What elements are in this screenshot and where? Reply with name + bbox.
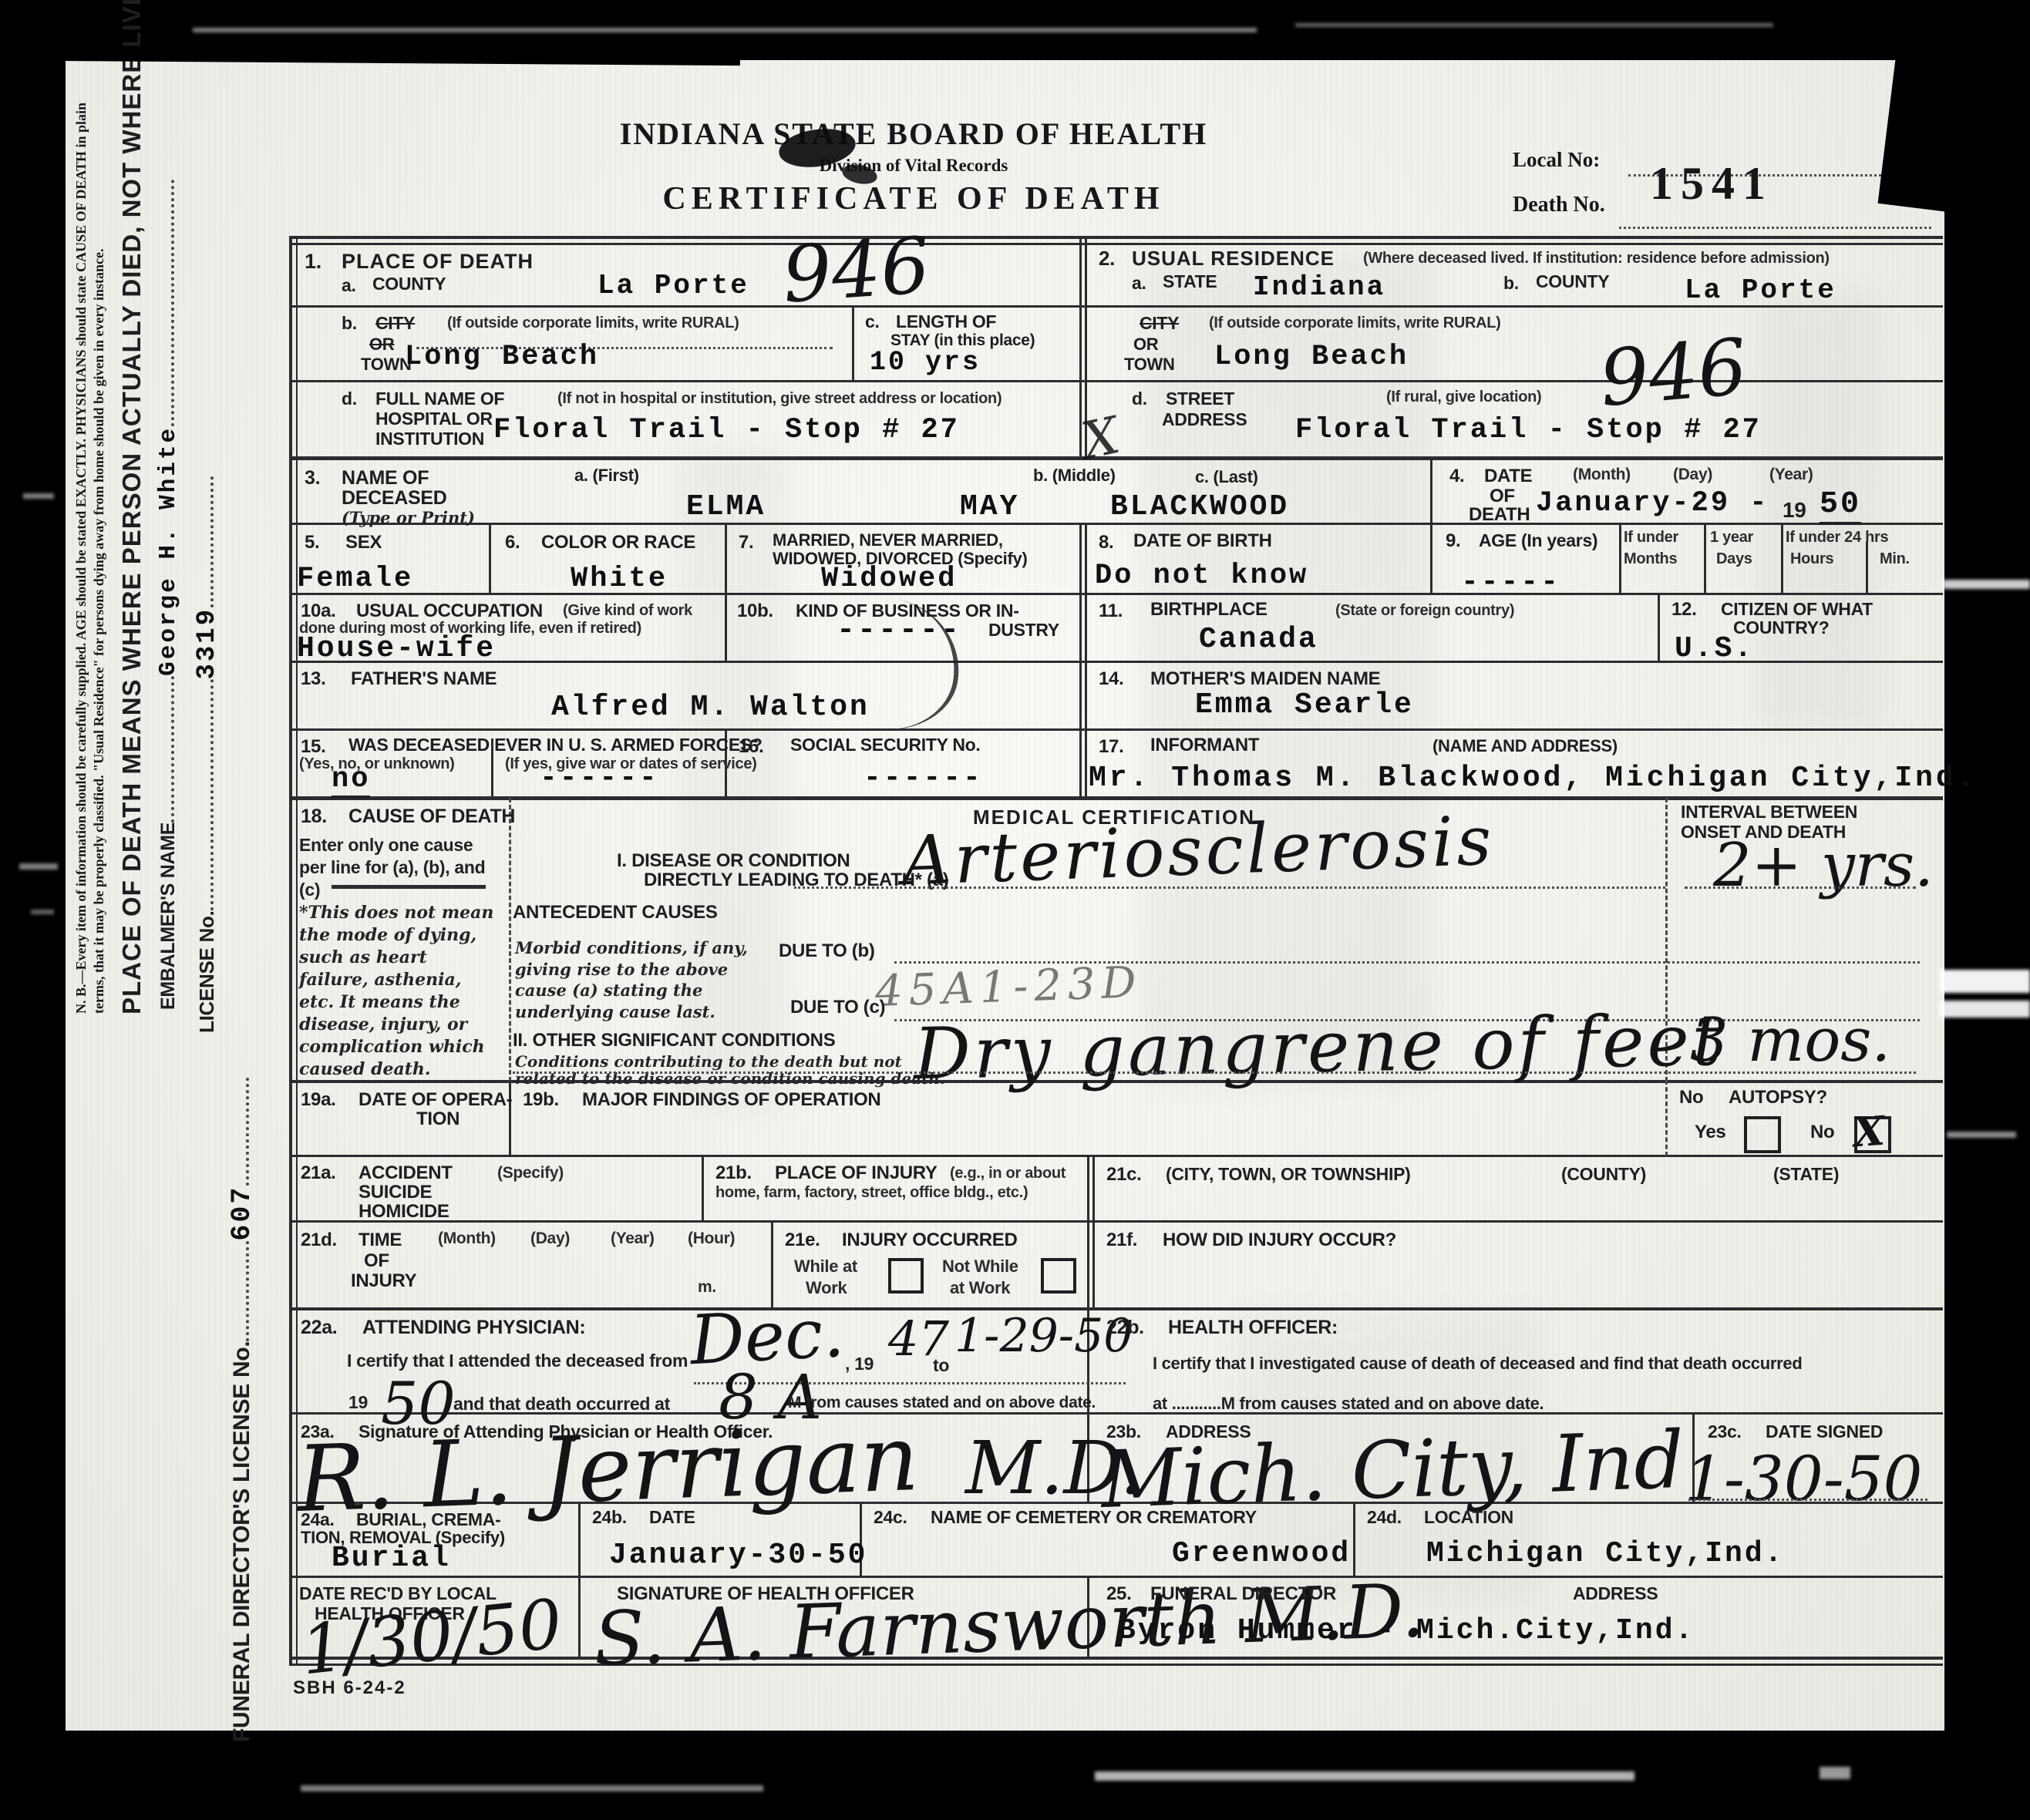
field-21f-label: HOW DID INJURY OCCUR? <box>1163 1230 1396 1251</box>
field-2d-label-2: ADDRESS <box>1162 409 1247 430</box>
field-19a-number: 19a. <box>301 1089 336 1111</box>
field-11-number: 11. <box>1099 600 1123 622</box>
field-13-label: FATHER'S NAME <box>351 668 497 690</box>
field-22b-certify-1: I certify that I investigated cause of d… <box>1153 1354 1802 1374</box>
date-signed-value: 1-30-50 <box>1685 1443 1923 1515</box>
field-1a-county-label: COUNTY <box>372 274 446 294</box>
field-15-value-1: no <box>332 763 370 799</box>
field-21d-number: 21d. <box>301 1230 337 1251</box>
field-2b-county-label: COUNTY <box>1536 271 1609 292</box>
field-24a-value: Burial <box>332 1542 451 1575</box>
field-19a-label-2: TION <box>416 1108 460 1130</box>
margin-license-line: LICENSE No.3319 <box>193 401 224 1033</box>
field-2d-label-1: STREET <box>1166 389 1234 409</box>
field-21b-note-2: home, farm, factory, street, office bldg… <box>715 1184 1028 1202</box>
form-code: SBH 6-24-2 <box>293 1677 406 1699</box>
field-11-note: (State or foreign country) <box>1335 602 1514 620</box>
field-16-value: ------ <box>864 762 983 795</box>
embalmer-license-label: LICENSE No. <box>195 911 218 1034</box>
field-1c-letter: c. <box>865 311 880 332</box>
field-2-number: 2. <box>1099 247 1115 271</box>
field-18-morbid-note: Morbid conditions, if any, giving rise t… <box>515 937 777 1023</box>
field-10b-label-2: DUSTRY <box>988 620 1059 641</box>
field-18-due-b-label: DUE TO (b) <box>779 940 875 962</box>
field-25c-address-label: ADDRESS <box>1573 1583 1658 1604</box>
field-21e-label: INJURY OCCURRED <box>842 1230 1018 1251</box>
field-1-number: 1. <box>305 250 322 274</box>
field-16-number: 16. <box>739 736 763 758</box>
field-7-label-1: MARRIED, NEVER MARRIED, <box>773 530 1003 550</box>
field-10a-note-1: (Give kind of work <box>563 602 692 620</box>
nb-note-line2: terms, that it may be properly classifie… <box>90 50 108 1014</box>
field-24a-number: 24a. <box>301 1509 335 1530</box>
field-4-day-label: (Day) <box>1673 466 1712 484</box>
field-21d-m: m. <box>698 1278 716 1297</box>
field-20-number: No <box>1679 1087 1703 1108</box>
interval-label-1: INTERVAL BETWEEN <box>1681 802 1857 823</box>
field-14-value: Emma Searle <box>1195 688 1414 722</box>
header-board-title: INDIANA STATE BOARD OF HEALTH <box>540 116 1288 152</box>
field-21b-number: 21b. <box>715 1162 752 1184</box>
field-24c-number: 24c. <box>874 1507 907 1528</box>
field-21d-hour: (Hour) <box>688 1230 735 1248</box>
field-6-value: White <box>571 563 668 595</box>
field-21a-number: 21a. <box>301 1162 336 1184</box>
field-3-last-label: c. (Last) <box>1195 467 1258 487</box>
field-19b-label: MAJOR FINDINGS OF OPERATION <box>582 1089 880 1111</box>
scan-background: { "margin": { "nb1": "N. B.\u2014Every i… <box>0 0 2030 1820</box>
header-certificate-title: CERTIFICATE OF DEATH <box>540 180 1288 217</box>
field-14-number: 14. <box>1099 668 1123 690</box>
field-4-month-label: (Month) <box>1573 466 1631 484</box>
field-21e-number: 21e. <box>785 1230 820 1251</box>
field-3-label-2: DECEASED <box>342 487 447 510</box>
header-division: Division of Vital Records <box>540 156 1288 176</box>
field-18-other-label: II. OTHER SIGNIFICANT CONDITIONS <box>513 1030 835 1051</box>
due-b-code-value: 45A1-23D <box>874 957 1143 1017</box>
field-21c-number: 21c. <box>1106 1164 1142 1186</box>
field-13-value: Alfred M. Walton <box>551 691 870 724</box>
field-2b-county-value: La Porte <box>1685 274 1836 306</box>
autopsy-yes-label: Yes <box>1695 1122 1725 1143</box>
field-21c-county-label: (COUNTY) <box>1561 1164 1646 1185</box>
field-1-title: PLACE OF DEATH <box>342 250 534 274</box>
field-1c-value: 10 yrs <box>870 347 981 378</box>
nb-note-line1: N. B.—Every item of information should b… <box>72 50 90 1014</box>
field-1b-or-word: OR <box>369 335 394 355</box>
field-18-label: CAUSE OF DEATH <box>348 806 515 828</box>
field-1-hand-946: 946 <box>779 220 933 320</box>
field-21f-number: 21f. <box>1106 1230 1137 1251</box>
field-4-label-3: DEATH <box>1469 504 1530 526</box>
field-5-value: Female <box>297 563 413 595</box>
other-conditions-value: Dry gangrene of feet <box>913 999 1725 1095</box>
field-1b-town-word: TOWN <box>361 355 412 375</box>
margin-funeral-license-line: FUNERAL DIRECTOR'S LICENSE No.607 <box>227 825 261 1742</box>
field-7-value: Widowed <box>821 563 957 595</box>
field-3-label-3: (Type or Print) <box>342 507 475 529</box>
field-21e-not-2: at Work <box>950 1278 1010 1298</box>
field-21d-year: (Year) <box>611 1230 655 1248</box>
field-1d-note: (If not in hospital or institution, give… <box>557 390 1002 408</box>
field-6-number: 6. <box>505 532 520 553</box>
field-2d-value: Floral Trail - Stop # 27 <box>1295 414 1762 446</box>
field-1b-city-word: CITY <box>375 313 415 334</box>
field-25c-label: FUNERAL DIRECTOR <box>1150 1583 1336 1605</box>
embalmer-name-value: George H. White <box>155 426 182 676</box>
field-15-note-1: (Yes, no, or unknown) <box>299 755 454 773</box>
field-1b-letter: b. <box>342 313 357 334</box>
field-10a-value: House-wife <box>297 632 496 665</box>
local-no-label: Local No: <box>1513 148 1600 172</box>
field-21a-note: (Specify) <box>497 1164 564 1182</box>
interval-value-a: 2+ yrs. <box>1713 831 1934 900</box>
field-2b-letter: b. <box>1503 273 1519 294</box>
field-22a-certify-2: and that death occurred at <box>453 1394 670 1415</box>
field-1c-label-1: LENGTH OF <box>896 311 996 332</box>
field-18-disease-label-1: I. DISEASE OR CONDITION <box>617 850 850 872</box>
field-8-number: 8. <box>1099 532 1113 553</box>
field-1a-county-value: La Porte <box>598 270 749 301</box>
field-24d-value: Michigan City,Ind. <box>1426 1537 1784 1570</box>
funeral-director-license-label: FUNERAL DIRECTOR'S LICENSE No. <box>229 1341 254 1742</box>
field-21d-label-3: INJURY <box>351 1270 416 1292</box>
field-24c-value: Greenwood <box>1172 1537 1351 1570</box>
field-14-label: MOTHER'S MAIDEN NAME <box>1150 668 1380 690</box>
field-24b-value: January-30-50 <box>609 1539 867 1572</box>
field-17-note: (NAME AND ADDRESS) <box>1432 736 1618 756</box>
field-24d-label: LOCATION <box>1424 1507 1513 1528</box>
autopsy-no-x-mark: X <box>1852 1108 1887 1157</box>
field-22a-printed-19b: 19 <box>348 1392 368 1413</box>
field-22b-label: HEALTH OFFICER: <box>1168 1317 1338 1339</box>
field-10a-number: 10a. <box>301 600 336 622</box>
field-22b-certify-2: at ...........M from causes stated and o… <box>1153 1394 1544 1414</box>
field-3-number: 3. <box>305 467 320 489</box>
field-21a-label-2: SUICIDE <box>359 1182 432 1203</box>
field-19a-label-1: DATE OF OPERA- <box>359 1089 512 1111</box>
field-18-mode-note: *This does not mean the mode of dying, s… <box>299 902 501 1081</box>
field-9-label: AGE (In years) <box>1479 530 1597 551</box>
field-4-year-value: 50 <box>1820 487 1861 525</box>
field-17-number: 17. <box>1099 736 1123 758</box>
field-1d-label-1: FULL NAME OF <box>375 389 504 409</box>
field-24b-label: DATE <box>649 1507 695 1528</box>
field-8-value: Do not know <box>1095 560 1308 592</box>
field-18-due-c-label: DUE TO (c) <box>790 997 885 1018</box>
field-21a-label-3: HOMICIDE <box>359 1201 449 1223</box>
field-2d-letter: d. <box>1132 389 1147 409</box>
field-4-year-label: (Year) <box>1769 466 1813 484</box>
field-2c-city-word: CITY <box>1140 313 1179 334</box>
field-10b-number: 10b. <box>737 600 773 622</box>
field-21d-label-1: TIME <box>359 1230 402 1251</box>
field-5-label: SEX <box>345 532 382 553</box>
field-17-label: INFORMANT <box>1150 735 1259 756</box>
embalmer-license-value: 3319 <box>193 607 222 680</box>
field-12-label-1: CITIZEN OF WHAT <box>1721 599 1873 620</box>
field-25c-value: Byron Hummer - Mich.City,Ind. <box>1118 1614 1695 1647</box>
embalmer-name-label: EMBALMER'S NAME <box>157 823 179 1010</box>
field-4-printed-19: 19 <box>1783 498 1806 523</box>
field-10a-label: USUAL OCCUPATION <box>356 600 543 622</box>
field-1d-letter: d. <box>342 389 357 409</box>
field-2c-note: (If outside corporate limits, write RURA… <box>1209 315 1501 332</box>
field-9-days-label: Days <box>1716 550 1752 568</box>
checkbox-injury-not-while-at-work <box>1041 1258 1076 1294</box>
field-3-first-label: a. (First) <box>574 466 639 486</box>
field-22a-number: 22a. <box>301 1317 337 1339</box>
field-24a-label-1: BURIAL, CREMA- <box>356 1509 500 1530</box>
funeral-director-license-value: 607 <box>227 1186 258 1241</box>
field-9-under24-label: If under 24 hrs <box>1786 529 1888 547</box>
field-20-label: AUTOPSY? <box>1729 1087 1827 1108</box>
field-1a-letter: a. <box>342 275 356 296</box>
field-3-label-1: NAME OF <box>342 467 429 489</box>
checkbox-autopsy-yes <box>1744 1116 1781 1153</box>
field-21d-month: (Month) <box>438 1230 496 1248</box>
field-2c-town-word: TOWN <box>1124 355 1175 375</box>
field-21c-city-label: (CITY, TOWN, OR TOWNSHIP) <box>1166 1164 1410 1185</box>
field-13-number: 13. <box>301 668 325 690</box>
field-3-last-value: BLACKWOOD <box>1110 490 1289 523</box>
field-1d-label-3: INSTITUTION <box>375 429 484 449</box>
field-1d-label-2: HOSPITAL OR <box>375 409 493 429</box>
field-1b-town-value: Long Beach <box>405 341 599 373</box>
field-22a-printed-19a: , 19 <box>845 1354 874 1374</box>
field-21e-not-1: Not While <box>942 1257 1018 1277</box>
field-24b-number: 24b. <box>592 1507 627 1528</box>
death-no-label: Death No. <box>1513 193 1605 217</box>
field-24c-label: NAME OF CEMETERY OR CREMATORY <box>931 1507 1257 1528</box>
autopsy-no-label: No <box>1810 1122 1834 1143</box>
field-18-enter-note: Enter only one cause per line for (a), (… <box>299 834 493 900</box>
field-19b-number: 19b. <box>523 1089 559 1111</box>
field-9-min-label: Min. <box>1880 550 1910 568</box>
field-2a-state-value: Indiana <box>1253 271 1385 303</box>
field-4-label-1: DATE <box>1484 466 1532 487</box>
field-15-label: WAS DECEASED EVER IN U. S. ARMED FORCES? <box>348 735 763 755</box>
field-25c-number: 25. <box>1106 1583 1131 1605</box>
field-2-note: (Where deceased lived. If institution: r… <box>1363 250 1830 267</box>
field-9-under1-label: If under <box>1624 529 1678 547</box>
field-2d-note: (If rural, give location) <box>1386 389 1541 406</box>
field-21c-state-label: (STATE) <box>1773 1164 1839 1185</box>
field-22a-certify-1: I certify that I attended the deceased f… <box>347 1351 688 1371</box>
field-18-antecedent-label: ANTECEDENT CAUSES <box>513 902 718 923</box>
field-15-value-2: ------ <box>540 762 659 795</box>
field-23c-number: 23c. <box>1708 1421 1742 1442</box>
field-21a-label-1: ACCIDENT <box>359 1162 453 1184</box>
field-16-label: SOCIAL SECURITY No. <box>790 735 980 755</box>
field-9-1year-label: 1 year <box>1710 529 1753 547</box>
field-11-label: BIRTHPLACE <box>1150 599 1267 621</box>
field-2c-town-value: Long Beach <box>1214 341 1409 373</box>
field-4-value: January-29 - <box>1536 487 1769 520</box>
margin-place-of-death-note: PLACE OF DEATH MEANS WHERE PERSON ACTUAL… <box>117 120 148 1014</box>
field-2a-state-label: STATE <box>1163 271 1217 292</box>
field-9-value: ----- <box>1461 566 1560 599</box>
field-21d-label-2: OF <box>364 1250 389 1272</box>
field-9-months-label: Months <box>1624 550 1677 568</box>
field-2-hand-946: 946 <box>1596 321 1750 424</box>
field-18-number: 18. <box>301 806 327 828</box>
death-no-value: 1541 <box>1650 157 1773 210</box>
field-3-middle-label: b. (Middle) <box>1033 466 1116 486</box>
field-24d-number: 24d. <box>1367 1507 1402 1528</box>
field-9-number: 9. <box>1446 530 1460 552</box>
field-22a-label: ATTENDING PHYSICIAN: <box>362 1317 585 1339</box>
interval-value-other: 3 mos. <box>1690 1006 1890 1075</box>
field-7-number: 7. <box>739 532 753 553</box>
field-12-value: U.S. <box>1675 632 1754 665</box>
field-2-title: USUAL RESIDENCE <box>1132 247 1335 271</box>
field-22b-number: 22b. <box>1106 1317 1144 1339</box>
field-2c-or-word: OR <box>1133 335 1158 355</box>
field-8-label: DATE OF BIRTH <box>1133 530 1272 552</box>
field-11-value: Canada <box>1199 623 1318 656</box>
field-21e-while-1: While at <box>794 1257 857 1277</box>
field-3-middle-value: MAY <box>960 490 1019 523</box>
field-21d-day: (Day) <box>530 1230 570 1248</box>
checkbox-injury-while-at-work <box>888 1258 924 1294</box>
margin-embalmer-line: EMBALMER'S NAMEGeorge H. White <box>155 123 187 1010</box>
field-12-number: 12. <box>1671 599 1696 621</box>
field-21b-note-1: (e.g., in or about <box>950 1165 1065 1182</box>
margin-nb-note: N. B.—Every item of information should b… <box>72 50 109 1014</box>
field-1b-note: (If outside corporate limits, write RURA… <box>447 315 739 332</box>
field-4-number: 4. <box>1449 466 1464 487</box>
field-9-hours-label: Hours <box>1790 550 1833 568</box>
field-21b-label: PLACE OF INJURY <box>775 1162 938 1184</box>
field-1d-value: Floral Trail - Stop # 27 <box>493 414 960 446</box>
field-17-value: Mr. Thomas M. Blackwood, Michigan City,I… <box>1089 762 1978 795</box>
field-23c-label: DATE SIGNED <box>1766 1421 1883 1442</box>
field-5-number: 5. <box>305 532 319 553</box>
field-3-first-value: ELMA <box>686 490 766 523</box>
field-6-label: COLOR OR RACE <box>541 532 695 553</box>
field-22a-to: to <box>933 1355 949 1376</box>
field-2a-letter: a. <box>1132 273 1146 294</box>
field-15-number: 15. <box>301 736 325 758</box>
